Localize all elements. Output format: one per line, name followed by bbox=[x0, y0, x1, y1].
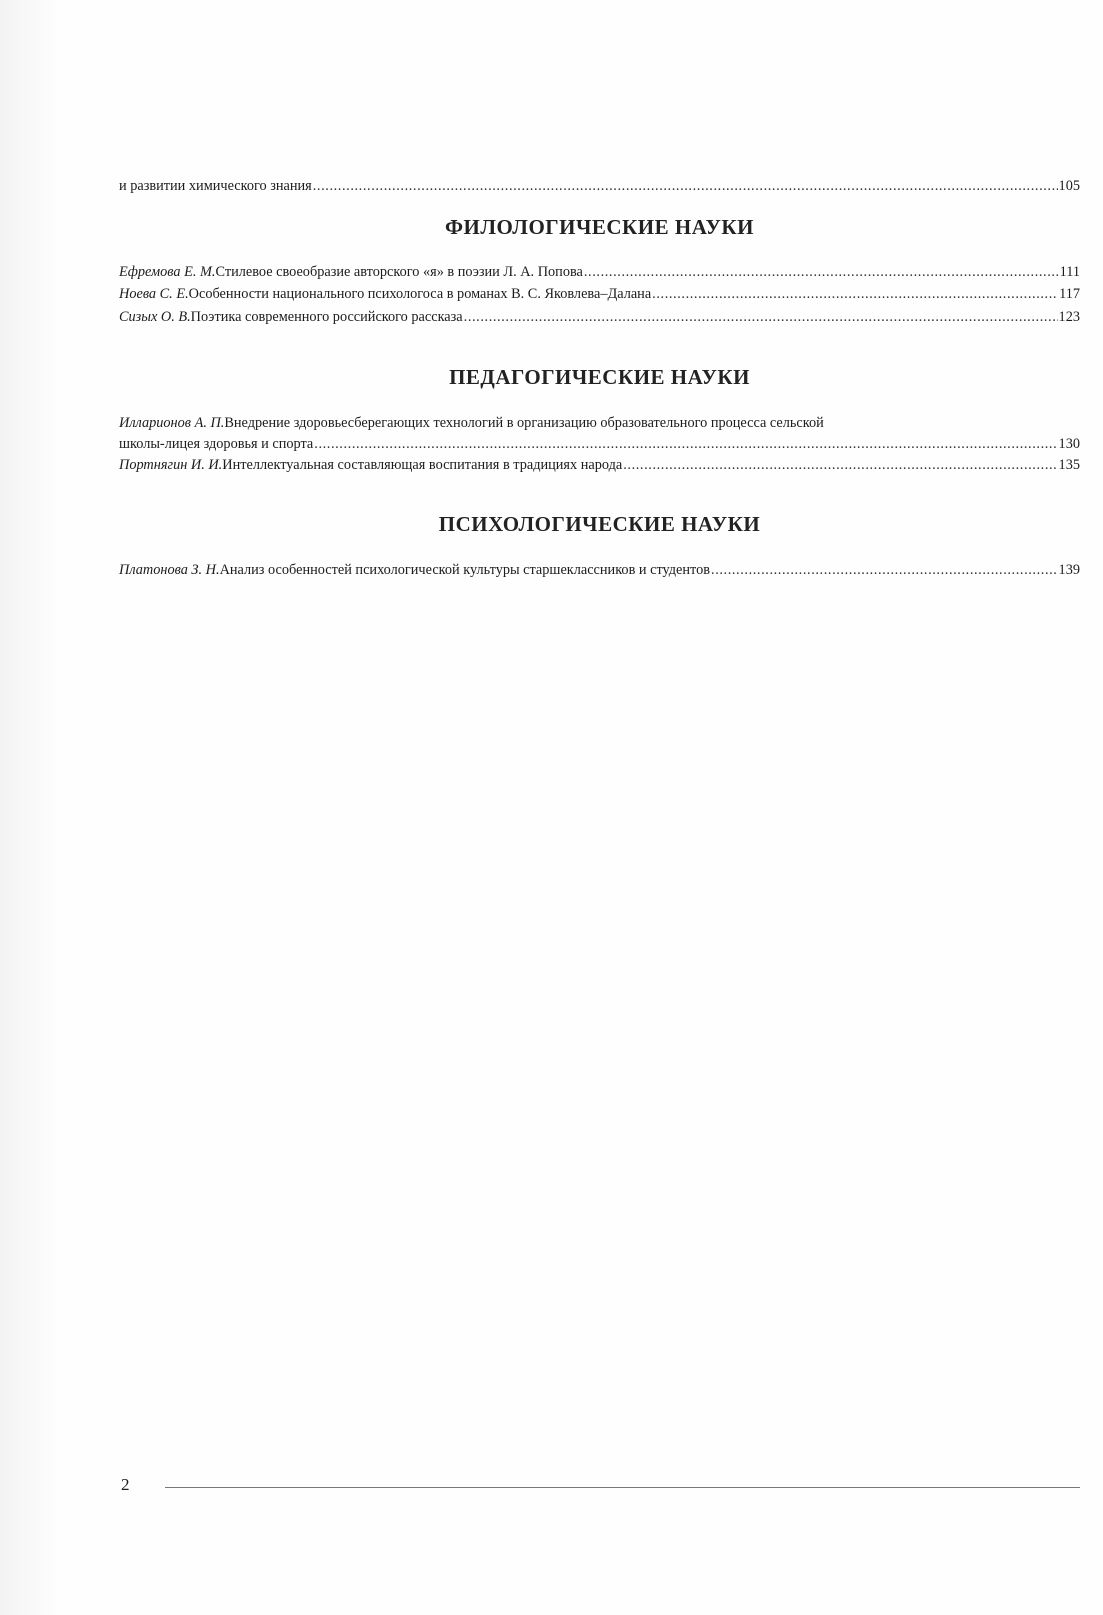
entry-author: Ноева С. Е. bbox=[119, 285, 189, 303]
entry-title: Особенности национального психологоса в … bbox=[189, 285, 652, 303]
dot-leader bbox=[584, 263, 1059, 281]
entry-title: Поэтика современного российского рассказ… bbox=[191, 308, 463, 326]
entry-page-number: 135 bbox=[1059, 456, 1080, 474]
dot-leader bbox=[623, 456, 1057, 474]
entry-title-continuation: школы-лицея здоровья и спорта bbox=[119, 435, 313, 453]
entry-page-number: 123 bbox=[1059, 308, 1080, 326]
entry-author: Портнягин И. И. bbox=[119, 456, 222, 474]
entry-author: Илларионов А. П. bbox=[119, 414, 224, 432]
toc-entry[interactable]: Портнягин И. И. Интеллектуальная составл… bbox=[119, 456, 1080, 474]
dot-leader bbox=[711, 561, 1058, 579]
section-heading-psychology: ПСИХОЛОГИЧЕСКИЕ НАУКИ bbox=[119, 512, 1080, 537]
entry-title: Внедрение здоровьесберегающих технологий… bbox=[224, 414, 823, 432]
toc-entry[interactable]: Платонова З. Н. Анализ особенностей псих… bbox=[119, 561, 1080, 579]
entry-page-number: 130 bbox=[1059, 435, 1080, 453]
section-heading-pedagogy: ПЕДАГОГИЧЕСКИЕ НАУКИ bbox=[119, 365, 1080, 390]
entry-author: Платонова З. Н. bbox=[119, 561, 220, 579]
dot-leader bbox=[464, 308, 1058, 326]
entry-title: Интеллектуальная составляющая воспитания… bbox=[222, 456, 622, 474]
section-heading-philology: ФИЛОЛОГИЧЕСКИЕ НАУКИ bbox=[119, 215, 1080, 240]
dot-leader bbox=[652, 285, 1058, 303]
toc-entry[interactable]: Ноева С. Е. Особенности национального пс… bbox=[119, 285, 1080, 303]
entry-title: Стилевое своеобразие авторского «я» в по… bbox=[216, 263, 583, 281]
dot-leader bbox=[313, 177, 1058, 195]
entry-page-number: 105 bbox=[1059, 177, 1080, 195]
entry-title: и развитии химического знания bbox=[119, 177, 312, 195]
entry-page-number: 139 bbox=[1059, 561, 1080, 579]
page-number: 2 bbox=[121, 1475, 130, 1495]
toc-entry[interactable]: Ефремова Е. М. Стилевое своеобразие авто… bbox=[119, 263, 1080, 281]
entry-page-number: 117 bbox=[1059, 285, 1080, 303]
toc-entry[interactable]: Сизых О. В. Поэтика современного российс… bbox=[119, 308, 1080, 326]
toc-entry-line2[interactable]: школы-лицея здоровья и спорта 130 bbox=[119, 435, 1080, 453]
toc-entry[interactable]: и развитии химического знания 105 bbox=[119, 177, 1080, 195]
page-edge-shadow bbox=[0, 0, 60, 1615]
toc-entry-line1[interactable]: Илларионов А. П. Внедрение здоровьесбере… bbox=[119, 414, 1080, 432]
entry-title: Анализ особенностей психологической куль… bbox=[220, 561, 710, 579]
entry-author: Сизых О. В. bbox=[119, 308, 191, 326]
dot-leader bbox=[314, 435, 1057, 453]
entry-author: Ефремова Е. М. bbox=[119, 263, 216, 281]
footer-rule bbox=[165, 1487, 1080, 1488]
entry-page-number: 111 bbox=[1060, 263, 1080, 281]
